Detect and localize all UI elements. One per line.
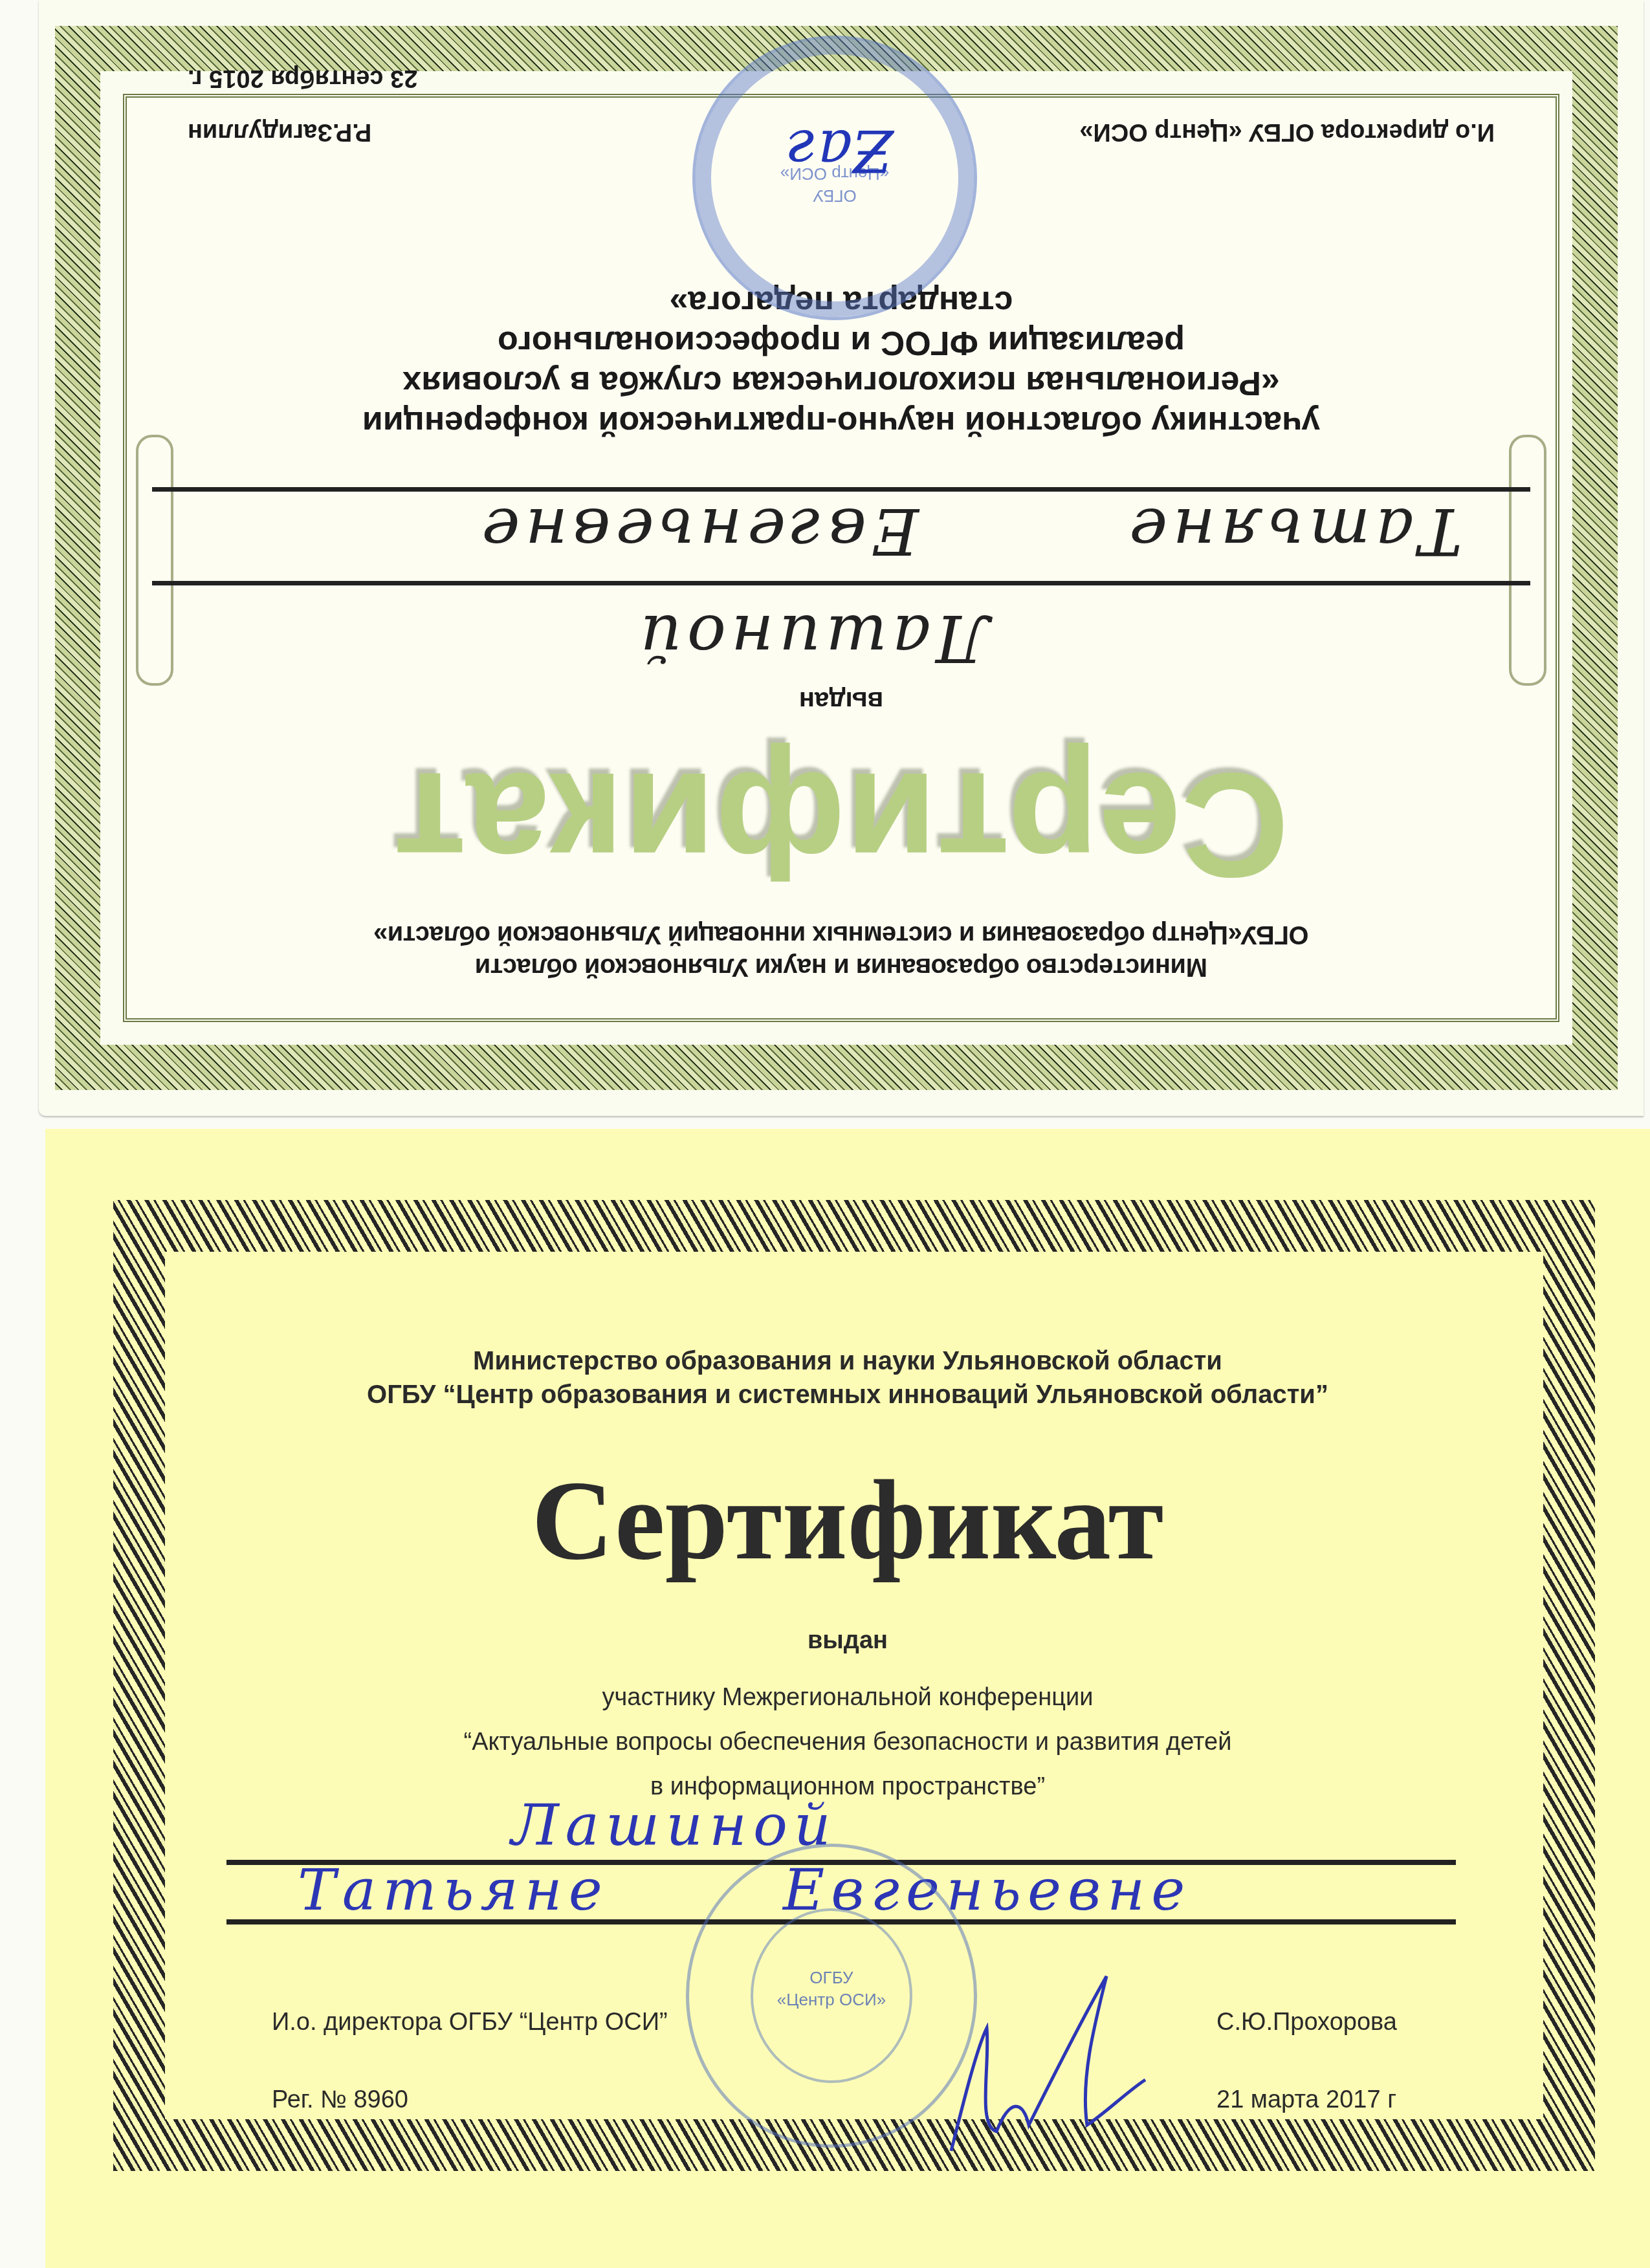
recipient-surname: Лашиной: [635, 600, 990, 676]
organization-name: ОГБУ “Центр образования и системных инно…: [45, 1378, 1650, 1412]
certificate-2015-rotated-content: Министерство образования и науки Ульянов…: [39, 0, 1644, 1116]
signature-block: И.о директора ОГБУ «Центр ОСИ» Р.Р.Загид…: [188, 38, 1495, 146]
body-line: “Актуальные вопросы обеспечения безопасн…: [45, 1720, 1650, 1765]
official-stamp: ОГБУ «Центр ОСИ»: [686, 1844, 977, 2148]
body-line: в информационном пространстве”: [45, 1765, 1650, 1809]
name-line-1: [152, 581, 1530, 585]
rope-knot-ornament-right: [136, 435, 173, 686]
conference-description: участнику Межрегиональной конференции “А…: [45, 1675, 1650, 1809]
recipient-surname: Лашиной: [511, 1792, 837, 1859]
body-line: участнику областной научно-практической …: [162, 403, 1521, 443]
issued-label: выдан: [45, 1627, 1650, 1655]
recipient-patronymic: Евгеньевне: [476, 494, 919, 569]
name-line-2: [152, 487, 1530, 492]
issue-date: 23 сентября 2015 г.: [188, 64, 417, 92]
body-line: участнику Межрегиональной конференции: [45, 1675, 1650, 1720]
issuer-header: Министерство образования и науки Ульянов…: [39, 919, 1644, 983]
body-line: «Региональная психологическая служба в у…: [162, 363, 1521, 403]
recipient-first-name: Татьяне: [298, 1857, 609, 1923]
stamp-text: ОГБУ: [689, 1967, 974, 1989]
organization-name: ОГБУ«Центр образования и системных иннов…: [39, 919, 1644, 951]
ministry-name: Министерство образования и науки Ульянов…: [39, 951, 1644, 983]
certificate-2017: Министерство образования и науки Ульянов…: [45, 1129, 1650, 2268]
issuer-header: Министерство образования и науки Ульянов…: [45, 1344, 1650, 1412]
certificate-title: Сертификат: [39, 747, 1644, 902]
ministry-name: Министерство образования и науки Ульянов…: [45, 1344, 1650, 1378]
certificate-2015: Министерство образования и науки Ульянов…: [39, 0, 1644, 1116]
signer-name: С.Ю.Прохорова: [1216, 2009, 1397, 2036]
recipient-first-name: Татьяне: [1124, 494, 1462, 569]
director-signature: [938, 1970, 1152, 2164]
signer-position: И.о. директора ОГБУ “Центр ОСИ”: [272, 2009, 668, 2036]
stamp-text: ОГБУ: [696, 185, 974, 207]
issued-label: выдан: [39, 686, 1644, 715]
certificate-title: Сертификат: [45, 1459, 1650, 1582]
rope-knot-ornament-left: [1509, 435, 1546, 686]
signer-name: Р.Р.Загидуллин: [188, 118, 371, 146]
signer-position: И.о директора ОГБУ «Центр ОСИ»: [1079, 118, 1495, 146]
issue-date: 21 марта 2017 г: [1216, 2086, 1396, 2114]
body-line: реализации ФГОС и профессионального: [162, 323, 1521, 363]
stamp-text: «Центр ОСИ»: [689, 1989, 974, 2011]
registration-number: Рег. № 8960: [272, 2086, 408, 2114]
